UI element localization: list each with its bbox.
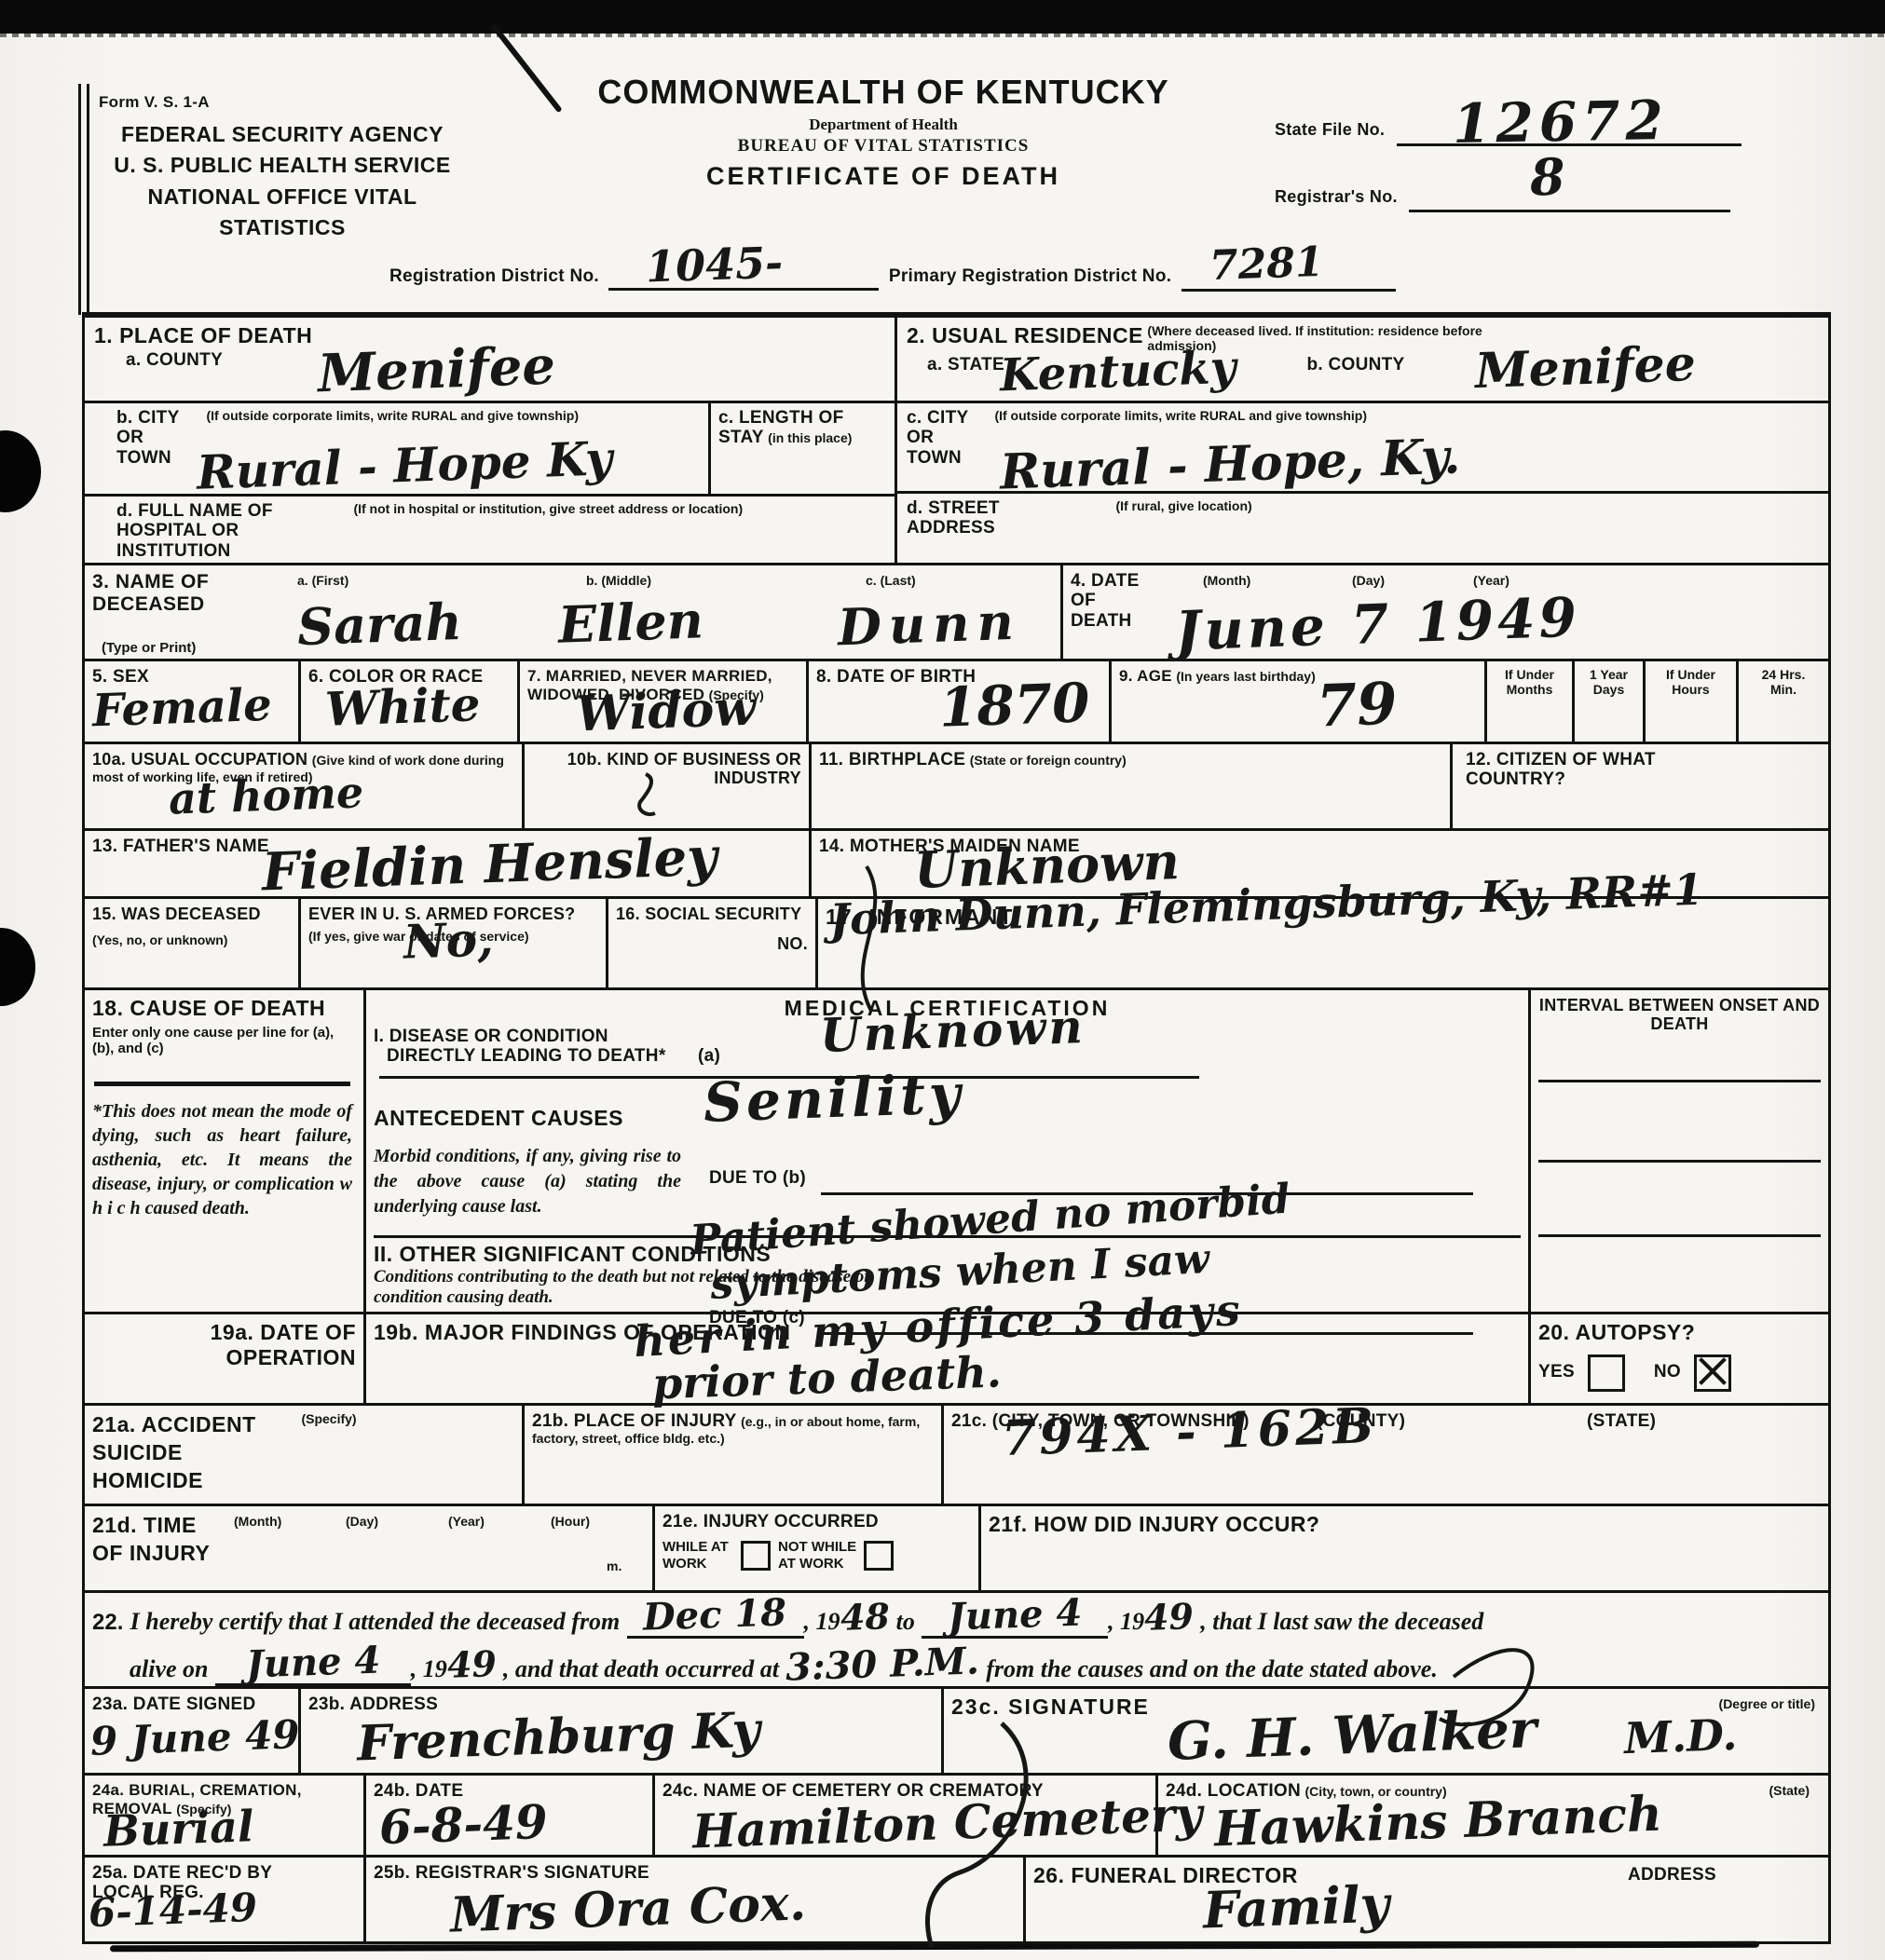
- due-to-b-line: [821, 1192, 1473, 1195]
- place-of-injury-cell: 21b. PLACE OF INJURY (e.g., in or about …: [525, 1406, 944, 1504]
- age-24hr-min-cell: 24 Hrs. Min.: [1739, 661, 1828, 742]
- row-forces-informant: 15. WAS DECEASED (Yes, no, or unknown) E…: [85, 899, 1828, 990]
- due-to-b-label: DUE TO (b): [709, 1168, 806, 1188]
- date-signed-label: 23a. DATE SIGNED: [92, 1695, 291, 1714]
- state-file-label: State File No.: [1275, 120, 1385, 139]
- certify-to-value: June 4: [947, 1594, 1083, 1636]
- occupation-value: at home: [168, 770, 364, 820]
- injury-m-label: m.: [607, 1558, 622, 1573]
- certify-part6: from the causes and on the date stated a…: [986, 1655, 1438, 1682]
- other-conditions-block: II. OTHER SIGNIFICANT CONDITIONS Conditi…: [374, 1235, 1521, 1308]
- city-town-label: b. CITY OR TOWN: [116, 408, 202, 468]
- injury-city-label: 21c. (CITY, TOWN, OR TOWNSHIP): [951, 1411, 1250, 1431]
- primary-district-value: 7281: [1209, 242, 1324, 287]
- dod-year-label: (Year): [1473, 573, 1509, 588]
- city-town-note: (If outside corporate limits, write RURA…: [206, 408, 644, 423]
- department-line: Department of Health: [473, 116, 1293, 134]
- medical-certification-title: MEDICAL CERTIFICATION: [374, 996, 1521, 1021]
- certify-y3: 49: [446, 1646, 497, 1683]
- accident-note: (Specify): [301, 1411, 356, 1426]
- middle-name-label: b. (Middle): [586, 573, 651, 588]
- certify-y2: 49: [1143, 1599, 1194, 1636]
- cause-label: 18. CAUSE OF DEATH: [92, 996, 356, 1021]
- name-of-deceased-cell: 3. NAME OF DECEASED (Type or Print) a. (…: [85, 565, 1063, 659]
- place-of-death-cell: 1. PLACE OF DEATH a. COUNTY Menifee b. C…: [85, 318, 897, 563]
- other-conditions-title: II. OTHER SIGNIFICANT CONDITIONS: [374, 1242, 771, 1266]
- dod-month-label: (Month): [1203, 573, 1250, 588]
- mother-value: Unknown: [913, 836, 1181, 895]
- length-of-stay-note: (in this place): [768, 430, 852, 445]
- certificate-form: Form V. S. 1-A FEDERAL SECURITY AGENCY U…: [82, 73, 1831, 312]
- row-certify: 22. I hereby certify that I attended the…: [85, 1593, 1828, 1689]
- interval-cell: INTERVAL BETWEEN ONSET AND DEATH: [1531, 990, 1828, 1312]
- residence-state-label: a. STATE: [927, 355, 1004, 374]
- ssn-label: 16. SOCIAL SECURITY: [616, 905, 808, 923]
- citizen-label: 12. CITIZEN OF WHAT COUNTRY?: [1466, 750, 1671, 790]
- age-c3b: Days: [1582, 682, 1635, 697]
- location-value: Hawkins Branch: [1213, 1790, 1662, 1855]
- certify-part5: , and that death occurred at: [503, 1655, 779, 1682]
- date-signed-cell: 23a. DATE SIGNED 9 June 49: [85, 1689, 301, 1773]
- middle-name-value: Ellen: [557, 594, 704, 649]
- date-of-operation-cell: 19a. DATE OF OPERATION: [85, 1314, 366, 1403]
- autopsy-cell: 20. AUTOPSY? YES NO: [1531, 1314, 1828, 1403]
- hole-punch-top: [0, 430, 41, 512]
- title-block: COMMONWEALTH OF KENTUCKY Department of H…: [473, 73, 1293, 191]
- row-parents: 13. FATHER'S NAME Fieldin Hensley 14. MO…: [85, 831, 1828, 899]
- registrar-no-value: 8: [1529, 151, 1565, 202]
- burial-value: Burial: [102, 1804, 254, 1853]
- date-signed-value: 9 June 49: [89, 1715, 300, 1762]
- row-place-residence: 1. PLACE OF DEATH a. COUNTY Menifee b. C…: [85, 318, 1828, 565]
- agency-block: FEDERAL SECURITY AGENCY U. S. PUBLIC HEA…: [82, 119, 483, 243]
- burial-cell: 24a. BURIAL, CREMATION, REMOVAL (Specify…: [85, 1776, 366, 1855]
- birthplace-cell: 11. BIRTHPLACE (State or foreign country…: [812, 744, 1453, 828]
- age-c3a: 1 Year: [1582, 667, 1635, 682]
- hole-punch-bottom: [0, 928, 35, 1006]
- armed-forces-value: No,: [403, 916, 494, 965]
- certify-part3: , that I last saw the deceased: [1200, 1608, 1483, 1635]
- age-year-days-cell: 1 Year Days: [1575, 661, 1646, 742]
- disease-label-1: I. DISEASE OR CONDITION: [374, 1027, 1521, 1046]
- injury-day-label: (Day): [346, 1514, 378, 1529]
- cause-footnote: *This does not mean the mode of dying, s…: [92, 1099, 356, 1220]
- street-address-note: (If rural, give location): [1115, 498, 1251, 513]
- bureau-line: BUREAU OF VITAL STATISTICS: [473, 136, 1293, 157]
- registrar-no-label: Registrar's No.: [1275, 187, 1398, 206]
- dod-label: 4. DATE OF DEATH: [1071, 571, 1154, 631]
- date-received-cell: 25a. DATE REC'D BY LOCAL REG. 6-14-49: [85, 1858, 366, 1941]
- was-deceased-cell: 15. WAS DECEASED (Yes, no, or unknown): [85, 899, 301, 987]
- certify-preyear2: , 19: [1108, 1608, 1144, 1635]
- dob-value: 1870: [938, 675, 1090, 735]
- last-name-label: c. (Last): [866, 573, 916, 588]
- certify-part2: to: [896, 1608, 915, 1635]
- occupation-cell: 10a. USUAL OCCUPATION (Give kind of work…: [85, 744, 525, 828]
- registration-district-line: Registration District No. 1045- Primary …: [389, 245, 1647, 292]
- interval-line-a: [1538, 1080, 1821, 1082]
- autopsy-no-label: NO: [1654, 1362, 1681, 1382]
- hospital-note: (If not in hospital or institution, give…: [353, 501, 838, 516]
- how-injury-cell: 21f. HOW DID INJURY OCCUR?: [981, 1506, 1828, 1590]
- signature-cell: 23c. SIGNATURE (Degree or title) G. H. W…: [944, 1689, 1828, 1773]
- autopsy-no-checkbox-checked: [1694, 1354, 1731, 1392]
- occupation-label: 10a. USUAL OCCUPATION: [92, 750, 307, 769]
- last-name-value: Dunn: [837, 596, 1021, 653]
- medical-certification-cell: MEDICAL CERTIFICATION I. DISEASE OR COND…: [366, 990, 1531, 1312]
- interval-line-c: [1538, 1234, 1821, 1237]
- residence-city-label: c. CITY OR TOWN: [907, 408, 990, 468]
- race-cell: 6. COLOR OR RACE White: [301, 661, 520, 742]
- commonwealth-title: COMMONWEALTH OF KENTUCKY: [473, 73, 1293, 112]
- disease-a-tag: (a): [698, 1046, 720, 1066]
- age-c4a: If Under: [1653, 667, 1728, 682]
- signature-value: G. H. Walker: [1167, 1703, 1537, 1768]
- cause-divider: [94, 1082, 350, 1086]
- certify-part4: alive on: [130, 1655, 209, 1682]
- cemetery-value: Hamilton Cemetery: [691, 1790, 1203, 1855]
- row-burial: 24a. BURIAL, CREMATION, REMOVAL (Specify…: [85, 1776, 1828, 1858]
- injury-hour-label: (Hour): [551, 1514, 590, 1529]
- autopsy-label: 20. AUTOPSY?: [1538, 1320, 1821, 1345]
- major-findings-cell: 19b. MAJOR FINDINGS OF OPERATION: [366, 1314, 1531, 1403]
- injury-city-cell: 21c. (CITY, TOWN, OR TOWNSHIP) (COUNTY) …: [944, 1406, 1828, 1504]
- interval-label: INTERVAL BETWEEN ONSET AND DEATH: [1538, 996, 1821, 1033]
- funeral-director-value: Family: [1202, 1879, 1390, 1936]
- cause-of-death-cell: 18. CAUSE OF DEATH Enter only one cause …: [85, 990, 366, 1312]
- informant-cell: 17. INFORMANT: [818, 899, 1828, 987]
- certify-alive-value: June 4: [245, 1641, 381, 1683]
- how-injury-label: 21f. HOW DID INJURY OCCUR?: [989, 1512, 1319, 1536]
- certify-y1: 48: [840, 1599, 890, 1636]
- residence-county-label: b. COUNTY: [1306, 355, 1404, 374]
- usual-residence-cell: 2. USUAL RESIDENCE (Where deceased lived…: [897, 318, 1828, 563]
- row-registrar: 25a. DATE REC'D BY LOCAL REG. 6-14-49 25…: [85, 1858, 1828, 1941]
- certify-time-value: 3:30 P.M.: [785, 1642, 980, 1686]
- date-received-value: 6-14-49: [88, 1888, 257, 1933]
- birthplace-note: (State or foreign country): [970, 753, 1127, 768]
- residence-state-value: Kentucky: [999, 346, 1236, 399]
- age-under-months-cell: If Under Months: [1487, 661, 1575, 742]
- location-label: 24d. LOCATION: [1166, 1781, 1301, 1801]
- row-occupation: 10a. USUAL OCCUPATION (Give kind of work…: [85, 744, 1828, 831]
- injury-month-label: (Month): [234, 1514, 281, 1529]
- row-name-dod: 3. NAME OF DECEASED (Type or Print) a. (…: [85, 565, 1828, 661]
- not-while-at-work-label: NOT WHILE AT WORK: [778, 1539, 864, 1572]
- signature-degree-value: M.D.: [1623, 1713, 1738, 1760]
- while-at-work-label: WHILE AT WORK: [662, 1539, 741, 1572]
- marital-value: Widow: [575, 685, 757, 740]
- age-cell: 9. AGE (In years last birthday) 79: [1112, 661, 1487, 742]
- other-conditions-note: Conditions contributing to the death but…: [374, 1267, 895, 1308]
- form-number: Form V. S. 1-A: [99, 93, 210, 111]
- address-cell: 23b. ADDRESS Frenchburg Ky: [301, 1689, 944, 1773]
- row-sex-age: 5. SEX Female 6. COLOR OR RACE White 7. …: [85, 661, 1828, 744]
- row-cause-of-death: 18. CAUSE OF DEATH Enter only one cause …: [85, 990, 1828, 1314]
- signature-label: 23c. SIGNATURE: [951, 1695, 1150, 1719]
- age-c4b: Hours: [1653, 682, 1728, 697]
- major-findings-label: 19b. MAJOR FINDINGS OF OPERATION: [374, 1320, 791, 1344]
- certify-cell: 22. I hereby certify that I attended the…: [85, 1593, 1828, 1686]
- age-note: (In years last birthday): [1176, 669, 1315, 684]
- agency-line-1: FEDERAL SECURITY AGENCY: [82, 119, 483, 150]
- interval-line-b: [1538, 1160, 1821, 1163]
- armed-forces-cell: EVER IN U. S. ARMED FORCES? (If yes, giv…: [301, 899, 608, 987]
- injury-county-label: (COUNTY): [1317, 1411, 1405, 1431]
- reg-district-label: Registration District No.: [389, 266, 599, 286]
- burial-date-cell: 24b. DATE 6-8-49: [366, 1776, 655, 1855]
- age-under-hours-cell: If Under Hours: [1646, 661, 1739, 742]
- dob-cell: 8. DATE OF BIRTH 1870: [809, 661, 1112, 742]
- form-header: Form V. S. 1-A FEDERAL SECURITY AGENCY U…: [82, 73, 1831, 312]
- mother-cell: 14. MOTHER'S MAIDEN NAME Unknown: [812, 831, 1828, 896]
- registrar-signature-cell: 25b. REGISTRAR'S SIGNATURE Mrs Ora Cox.: [366, 1858, 1026, 1941]
- was-deceased-note: (Yes, no, or unknown): [92, 932, 291, 947]
- city-town-value: Rural - Hope Ky: [196, 435, 613, 497]
- age-c2a: If Under: [1495, 667, 1564, 682]
- burial-date-value: 6-8-49: [378, 1799, 548, 1851]
- certify-preyear1: , 19: [804, 1608, 840, 1635]
- marital-cell: 7. MARRIED, NEVER MARRIED, WIDOWED, DIVO…: [520, 661, 809, 742]
- injury-year-label: (Year): [448, 1514, 485, 1529]
- accident-cell: 21a. ACCIDENT SUICIDE HOMICIDE (Specify): [85, 1406, 525, 1504]
- date-of-operation-label: 19a. DATE OF OPERATION: [92, 1320, 356, 1370]
- time-of-injury-cell: 21d. TIME OF INJURY (Month) (Day) (Year)…: [85, 1506, 655, 1590]
- sex-value: Female: [91, 683, 272, 734]
- first-name-label: a. (First): [297, 573, 348, 588]
- age-label: 9. AGE: [1119, 667, 1172, 685]
- place-of-injury-label: 21b. PLACE OF INJURY: [532, 1411, 737, 1431]
- business-cell: 10b. KIND OF BUSINESS OR INDUSTRY: [525, 744, 812, 828]
- time-of-injury-label: 21d. TIME OF INJURY: [92, 1512, 213, 1568]
- certify-from-value: Dec 18: [643, 1594, 787, 1636]
- was-deceased-label: 15. WAS DECEASED: [92, 905, 291, 923]
- autopsy-yes-checkbox: [1588, 1354, 1625, 1392]
- not-while-at-work-checkbox: [864, 1541, 894, 1571]
- agency-line-2: U. S. PUBLIC HEALTH SERVICE: [82, 150, 483, 181]
- ssn-cell: 16. SOCIAL SECURITY NO.: [608, 899, 818, 987]
- county-value: Menifee: [317, 340, 556, 401]
- sex-cell: 5. SEX Female: [85, 661, 301, 742]
- row-signature: 23a. DATE SIGNED 9 June 49 23b. ADDRESS …: [85, 1689, 1828, 1776]
- cause-note: Enter only one cause per line for (a), (…: [92, 1025, 356, 1057]
- residence-county-value: Menifee: [1474, 340, 1696, 396]
- usual-residence-title: 2. USUAL RESIDENCE: [907, 323, 1143, 347]
- name-sub: (Type or Print): [102, 640, 279, 656]
- certificate-table: 1. PLACE OF DEATH a. COUNTY Menifee b. C…: [82, 312, 1831, 1944]
- birthplace-label: 11. BIRTHPLACE: [819, 750, 965, 769]
- citizen-cell: 12. CITIZEN OF WHAT COUNTRY?: [1453, 744, 1828, 828]
- street-address-label: d. STREET ADDRESS: [907, 498, 1009, 538]
- dod-day-label: (Day): [1352, 573, 1385, 588]
- primary-district-label: Primary Registration District No.: [889, 266, 1171, 286]
- antecedent-title: ANTECEDENT CAUSES: [374, 1106, 1521, 1131]
- row-operation-autopsy: 19a. DATE OF OPERATION 19b. MAJOR FINDIN…: [85, 1314, 1828, 1406]
- race-value: White: [324, 681, 481, 733]
- registrar-signature-value: Mrs Ora Cox.: [449, 1879, 807, 1940]
- age-c2b: Months: [1495, 682, 1564, 697]
- hospital-label: d. FULL NAME OF HOSPITAL OR INSTITUTION: [116, 501, 349, 561]
- age-c5b: Min.: [1746, 682, 1821, 697]
- morbid-note: Morbid conditions, if any, giving rise t…: [374, 1144, 681, 1219]
- ditto-flourish-mark: [618, 770, 674, 822]
- injury-occurred-cell: 21e. INJURY OCCURRED WHILE AT WORK NOT W…: [655, 1506, 981, 1590]
- row-injury-1: 21a. ACCIDENT SUICIDE HOMICIDE (Specify)…: [85, 1406, 1828, 1506]
- certify-preyear3: , 19: [411, 1655, 447, 1682]
- death-certificate-scan: Form V. S. 1-A FEDERAL SECURITY AGENCY U…: [0, 0, 1885, 1960]
- disease-label-2: DIRECTLY LEADING TO DEATH*: [387, 1046, 666, 1066]
- funeral-director-cell: 26. FUNERAL DIRECTOR ADDRESS Family: [1026, 1858, 1828, 1941]
- location-state-label: (State): [1769, 1783, 1810, 1798]
- certify-num: 22.: [92, 1610, 123, 1635]
- injury-occurred-label: 21e. INJURY OCCURRED: [662, 1512, 971, 1531]
- ssn-label2: NO.: [616, 934, 808, 953]
- father-label: 13. FATHER'S NAME: [92, 837, 269, 856]
- age-c5a: 24 Hrs.: [1746, 667, 1821, 682]
- certify-part1: I hereby certify that I attended the dec…: [130, 1608, 621, 1635]
- first-name-value: Sarah: [296, 596, 462, 652]
- reg-district-value: 1045-: [646, 240, 785, 288]
- accident-label: 21a. ACCIDENT SUICIDE HOMICIDE: [92, 1411, 297, 1495]
- injury-state-label: (STATE): [1587, 1411, 1656, 1431]
- date-of-death-cell: 4. DATE OF DEATH (Month) (Day) (Year) Ju…: [1063, 565, 1828, 659]
- certificate-title: CERTIFICATE OF DEATH: [473, 162, 1293, 191]
- address-value: Frenchburg Ky: [356, 1706, 760, 1768]
- address-label: 23b. ADDRESS: [308, 1695, 438, 1714]
- father-cell: 13. FATHER'S NAME Fieldin Hensley: [85, 831, 812, 896]
- autopsy-yes-label: YES: [1538, 1362, 1575, 1382]
- scan-top-edge: [0, 0, 1885, 34]
- dod-value: June 7 1949: [1174, 590, 1581, 658]
- disease-a-line: [379, 1076, 1199, 1079]
- agency-line-3: NATIONAL OFFICE VITAL STATISTICS: [82, 182, 483, 244]
- name-label: 3. NAME OF DECEASED: [92, 571, 279, 616]
- row-injury-2: 21d. TIME OF INJURY (Month) (Day) (Year)…: [85, 1506, 1828, 1593]
- file-number-block: State File No. 12672 Registrar's No. 8: [1275, 89, 1834, 212]
- informant-label: 17. INFORMANT: [826, 905, 1014, 929]
- residence-city-value: Rural - Hope, Ky.: [999, 432, 1461, 497]
- registrar-signature-label: 25b. REGISTRAR'S SIGNATURE: [374, 1863, 649, 1883]
- while-at-work-checkbox: [741, 1541, 771, 1571]
- location-cell: 24d. LOCATION (City, town, or country) (…: [1158, 1776, 1828, 1855]
- cemetery-cell: 24c. NAME OF CEMETERY OR CREMATORY Hamil…: [655, 1776, 1158, 1855]
- residence-city-note: (If outside corporate limits, write RURA…: [994, 408, 1516, 423]
- father-value: Fieldin Hensley: [261, 830, 717, 898]
- state-file-value: 12672: [1452, 93, 1669, 151]
- funeral-address-label: ADDRESS: [1628, 1865, 1716, 1885]
- age-value: 79: [1316, 675, 1398, 736]
